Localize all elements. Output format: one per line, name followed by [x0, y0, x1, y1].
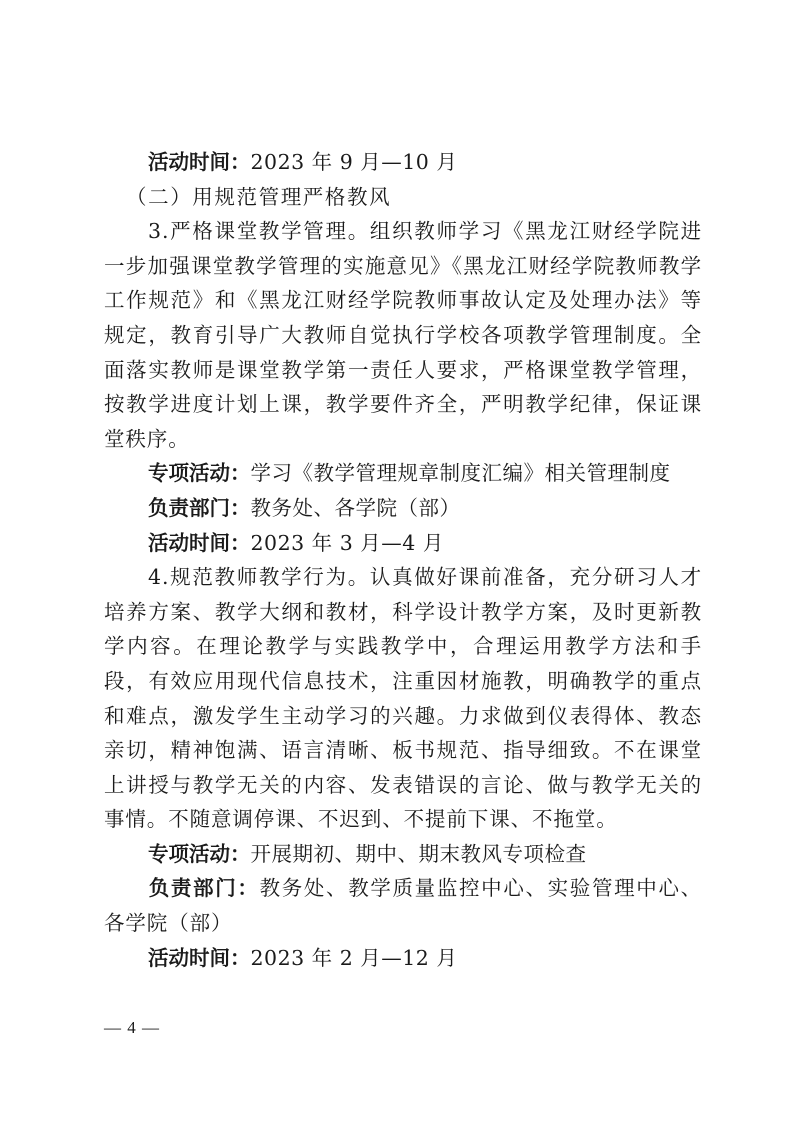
activity-time-label: 活动时间：: [148, 531, 251, 555]
dept-value: 教务处、各学院（部）: [251, 496, 461, 520]
activity-time-line-1: 活动时间：2023 年 9 月—10 月: [104, 145, 702, 180]
item-3-text: 3.严格课堂教学管理。组织教师学习《黑龙江财经学院进一步加强课堂教学管理的实施意…: [104, 219, 702, 451]
activity-value: 学习《教学管理规章制度汇编》相关管理制度: [251, 461, 671, 485]
activity-time-value: 2023 年 2 月—12 月: [251, 946, 458, 970]
dept-label: 负责部门：: [148, 496, 251, 520]
item-3-activity-line: 专项活动：学习《教学管理规章制度汇编》相关管理制度: [104, 456, 702, 491]
item-3-time-line: 活动时间：2023 年 3 月—4 月: [104, 526, 702, 561]
item-4-time-line: 活动时间：2023 年 2 月—12 月: [104, 941, 702, 976]
activity-time-label: 活动时间：: [148, 150, 251, 174]
item-4-dept-paragraph: 负责部门：教务处、教学质量监控中心、实验管理中心、各学院（部）: [104, 871, 702, 940]
activity-label: 专项活动：: [148, 842, 251, 866]
page-number: — 4 —: [104, 1018, 160, 1038]
item-3-dept-line: 负责部门：教务处、各学院（部）: [104, 491, 702, 526]
dept-label: 负责部门：: [148, 876, 260, 900]
item-4-text: 4.规范教师教学行为。认真做好课前准备，充分研习人才培养方案、教学大纲和教材，科…: [104, 565, 702, 831]
activity-label: 专项活动：: [148, 461, 251, 485]
activity-time-value: 2023 年 3 月—4 月: [251, 531, 444, 555]
item-3-paragraph: 3.严格课堂教学管理。组织教师学习《黑龙江财经学院进一步加强课堂教学管理的实施意…: [104, 214, 702, 456]
item-4-activity-line: 专项活动：开展期初、期中、期末教风专项检查: [104, 837, 702, 872]
activity-time-label: 活动时间：: [148, 946, 251, 970]
activity-value: 开展期初、期中、期末教风专项检查: [251, 842, 587, 866]
section-heading: （二）用规范管理严格教风: [104, 180, 702, 215]
page-body: 活动时间：2023 年 9 月—10 月 （二）用规范管理严格教风 3.严格课堂…: [104, 145, 702, 975]
item-4-paragraph: 4.规范教师教学行为。认真做好课前准备，充分研习人才培养方案、教学大纲和教材，科…: [104, 560, 702, 837]
activity-time-value: 2023 年 9 月—10 月: [251, 150, 458, 174]
